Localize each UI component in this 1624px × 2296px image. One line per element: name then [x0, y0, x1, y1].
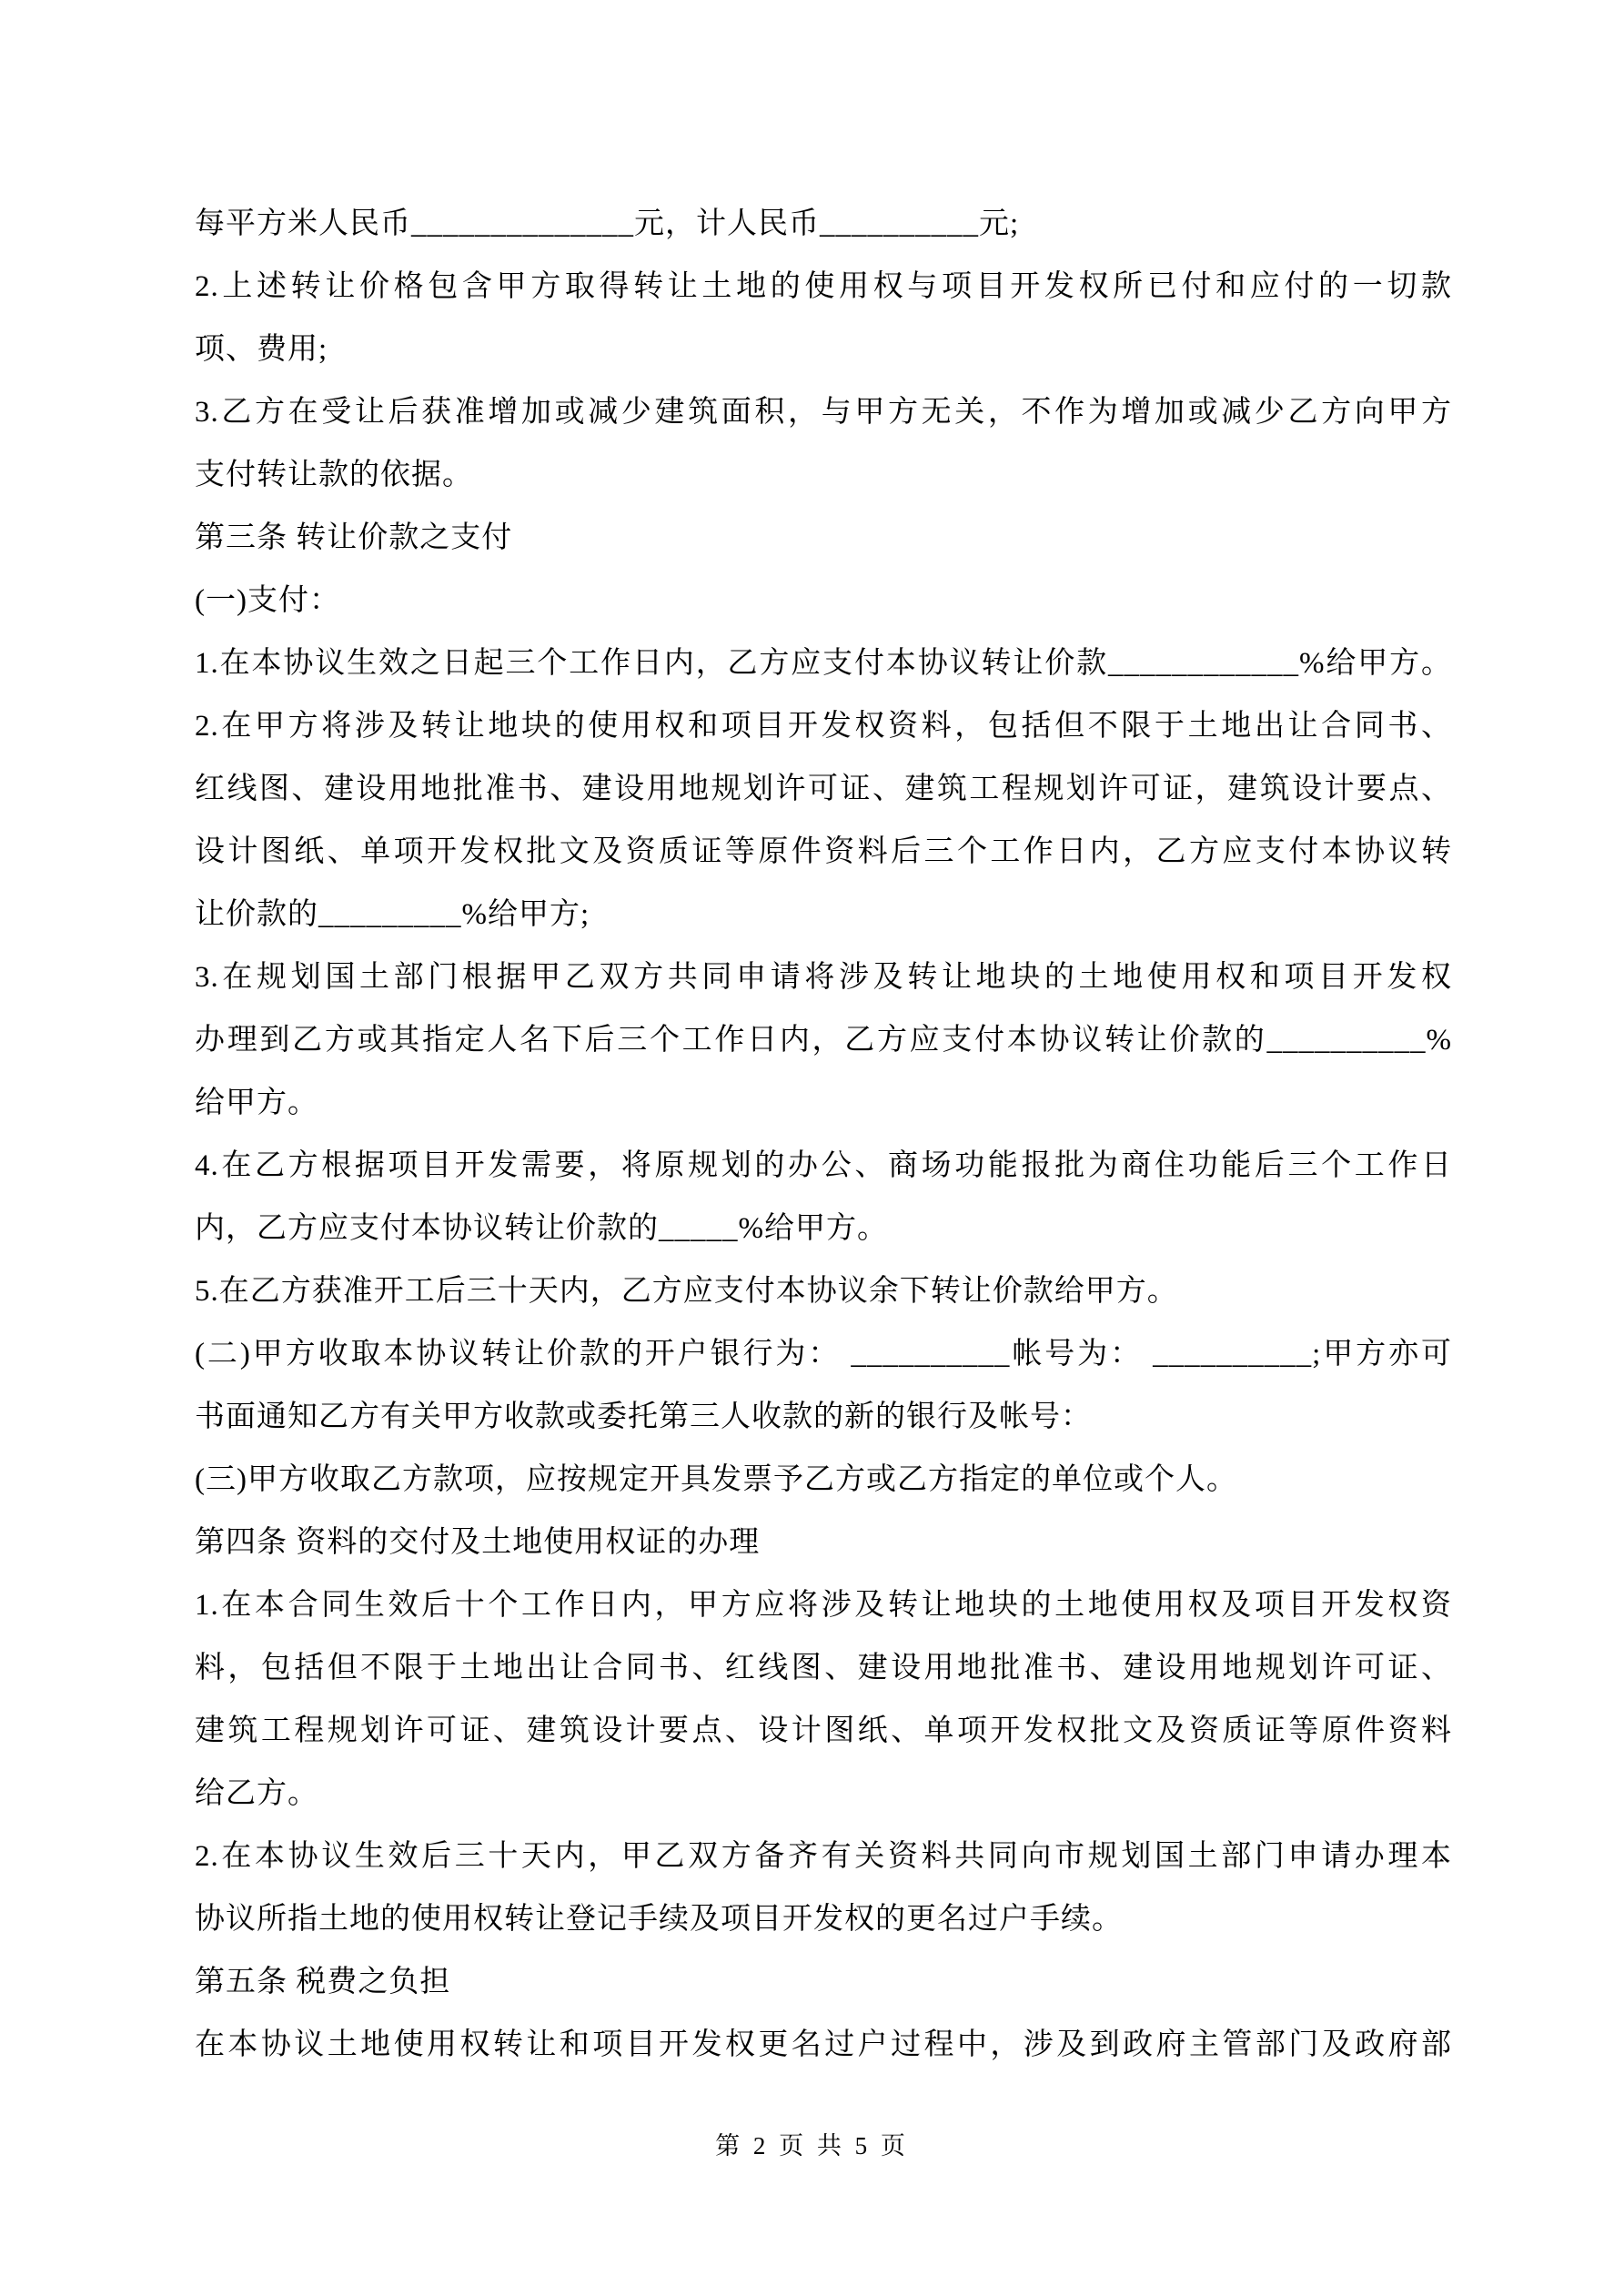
text-line-payment-item4-2: 内，乙方应支付本协议转让价款的_____%给甲方。 [195, 1198, 1452, 1260]
document-body: 每平方米人民币______________元，计人民币__________元; … [195, 193, 1452, 2077]
text-line-payment-item2-3: 设计图纸、单项开发权批文及资质证等原件资料后三个工作日内，乙方应支付本协议转 [195, 821, 1452, 884]
text-line-payment-item1: 1.在本协议生效之日起三个工作日内，乙方应支付本协议转让价款__________… [195, 632, 1452, 695]
text-line-clause2-2: 项、费用; [195, 319, 1452, 381]
page-number-footer: 第 2 页 共 5 页 [0, 2128, 1624, 2164]
text-line-payment-item2-4: 让价款的_________%给甲方; [195, 884, 1452, 946]
text-line-price-per-sqm: 每平方米人民币______________元，计人民币__________元; [195, 193, 1452, 256]
text-line-payment-item3-3: 给甲方。 [195, 1072, 1452, 1135]
text-line-article4-item1-3: 建筑工程规划许可证、建筑设计要点、设计图纸、单项开发权批文及资质证等原件资料 [195, 1700, 1452, 1763]
text-line-bank-account-2: 书面通知乙方有关甲方收款或委托第三人收款的新的银行及帐号： [195, 1386, 1452, 1449]
text-line-bank-account-1: (二)甲方收取本协议转让价款的开户银行为： __________帐号为： ___… [195, 1323, 1452, 1386]
text-line-clause3-2: 支付转让款的依据。 [195, 444, 1452, 507]
text-line-payment-item5: 5.在乙方获准开工后三十天内，乙方应支付本协议余下转让价款给甲方。 [195, 1260, 1452, 1323]
text-line-article4-item2-1: 2.在本协议生效后三十天内，甲乙双方备齐有关资料共同向市规划国土部门申请办理本 [195, 1826, 1452, 1888]
text-line-payment-item4-1: 4.在乙方根据项目开发需要，将原规划的办公、商场功能报批为商住功能后三个工作日 [195, 1135, 1452, 1198]
document-page: 每平方米人民币______________元，计人民币__________元; … [0, 0, 1624, 2296]
text-line-article4-item1-1: 1.在本合同生效后十个工作日内，甲方应将涉及转让地块的土地使用权及项目开发权资 [195, 1574, 1452, 1637]
text-line-payment-item2-1: 2.在甲方将涉及转让地块的使用权和项目开发权资料，包括但不限于土地出让合同书、 [195, 695, 1452, 758]
text-line-article4-item2-2: 协议所指土地的使用权转让登记手续及项目开发权的更名过户手续。 [195, 1888, 1452, 1951]
text-line-payment-item2-2: 红线图、建设用地批准书、建设用地规划许可证、建筑工程规划许可证，建筑设计要点、 [195, 758, 1452, 821]
heading-article-5: 第五条 税费之负担 [195, 1951, 1452, 2014]
heading-article-3: 第三条 转让价款之支付 [195, 507, 1452, 570]
heading-article-4: 第四条 资料的交付及土地使用权证的办理 [195, 1512, 1452, 1574]
text-line-clause3-1: 3.乙方在受让后获准增加或减少建筑面积，与甲方无关，不作为增加或减少乙方向甲方 [195, 381, 1452, 444]
text-line-article5-body: 在本协议土地使用权转让和项目开发权更名过户过程中，涉及到政府主管部门及政府部 [195, 2014, 1452, 2077]
text-line-clause2-1: 2.上述转让价格包含甲方取得转让土地的使用权与项目开发权所已付和应付的一切款 [195, 256, 1452, 319]
text-line-payment-item3-1: 3.在规划国土部门根据甲乙双方共同申请将涉及转让地块的土地使用权和项目开发权 [195, 946, 1452, 1009]
text-line-payment-item3-2: 办理到乙方或其指定人名下后三个工作日内，乙方应支付本协议转让价款的_______… [195, 1009, 1452, 1072]
text-line-invoice: (三)甲方收取乙方款项，应按规定开具发票予乙方或乙方指定的单位或个人。 [195, 1449, 1452, 1512]
text-line-payment-label: (一)支付： [195, 570, 1452, 632]
text-line-article4-item1-4: 给乙方。 [195, 1763, 1452, 1826]
text-line-article4-item1-2: 料，包括但不限于土地出让合同书、红线图、建设用地批准书、建设用地规划许可证、 [195, 1637, 1452, 1700]
